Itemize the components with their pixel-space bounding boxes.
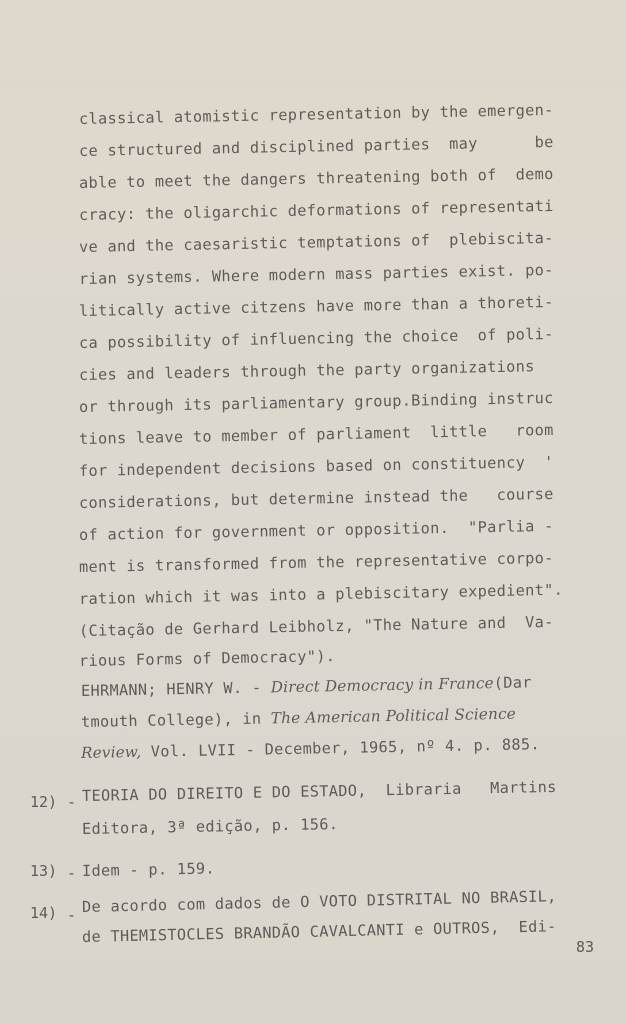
paragraph-line: able to meet the dangers threatening bot… — [79, 165, 554, 192]
paragraph-line: rious Forms of Democracy"). — [79, 647, 336, 670]
paragraph-line: tions leave to member of parliament litt… — [79, 421, 554, 448]
paragraph-line: ce structured and disciplined parties ma… — [79, 133, 554, 160]
page-number: 83 — [576, 938, 594, 956]
paragraph-line: or through its parliamentary group.Bindi… — [79, 389, 554, 416]
paragraph-line: ration which it was into a plebiscitary … — [79, 581, 563, 608]
reference-author: EHRMANN; HENRY W. - — [81, 678, 271, 700]
reference-line: tmouth College), in The American Politic… — [81, 705, 516, 731]
reference-journal: Review, — [81, 743, 142, 762]
reference-line: EHRMANN; HENRY W. - Direct Democracy in … — [81, 673, 532, 700]
reference-text: Vol. LVII - December, 1965, nº 4. p. 885… — [141, 735, 540, 761]
reference-text: tmouth College), in — [81, 709, 271, 731]
reference-line: Review, Vol. LVII - December, 1965, nº 4… — [81, 735, 540, 762]
footnote-line: De acordo com dados de O VOTO DISTRITAL … — [82, 887, 557, 916]
paragraph-line: rian systems. Where modern mass parties … — [79, 261, 554, 288]
footnote-dash: - — [67, 864, 76, 882]
paragraph-line: classical atomistic representation by th… — [79, 101, 554, 128]
paragraph-line: considerations, but determine instead th… — [79, 485, 554, 512]
footnote-number: 12) — [30, 793, 57, 811]
footnote-number: 14) — [30, 904, 57, 922]
reference-title: Direct Democracy in France — [271, 674, 494, 696]
paragraph-line: for independent decisions based on const… — [79, 453, 554, 480]
footnote-dash: - — [67, 793, 76, 811]
paragraph-line: ment is transformed from the representat… — [79, 549, 554, 576]
paragraph-line: litically active citzens have more than … — [79, 293, 554, 320]
footnote-number: 13) — [30, 862, 57, 880]
paragraph-line: ve and the caesaristic temptations of pl… — [79, 229, 554, 256]
paragraph-line: ca possibility of influencing the choice… — [79, 325, 554, 352]
footnote-dash: - — [67, 906, 76, 924]
reference-journal: The American Political Science — [271, 705, 516, 728]
reference-text: (Dar — [494, 673, 532, 692]
paragraph-line: of action for government or opposition. … — [79, 517, 554, 544]
paragraph-line: (Citação de Gerhard Leibholz, "The Natur… — [79, 613, 554, 640]
document-page: classical atomistic representation by th… — [0, 0, 626, 1024]
footnote-line: Idem - p. 159. — [82, 859, 215, 880]
footnote-line: Editora, 3ª edição, p. 156. — [82, 815, 339, 838]
paragraph-line: cracy: the oligarchic deformations of re… — [79, 197, 554, 224]
footnote-line: de THEMISTOCLES BRANDÃO CAVALCANTI e OUT… — [82, 917, 557, 946]
paragraph-line: cies and leaders through the party organ… — [79, 357, 535, 384]
footnote-line: TEORIA DO DIREITO E DO ESTADO, Libraria … — [82, 778, 557, 805]
